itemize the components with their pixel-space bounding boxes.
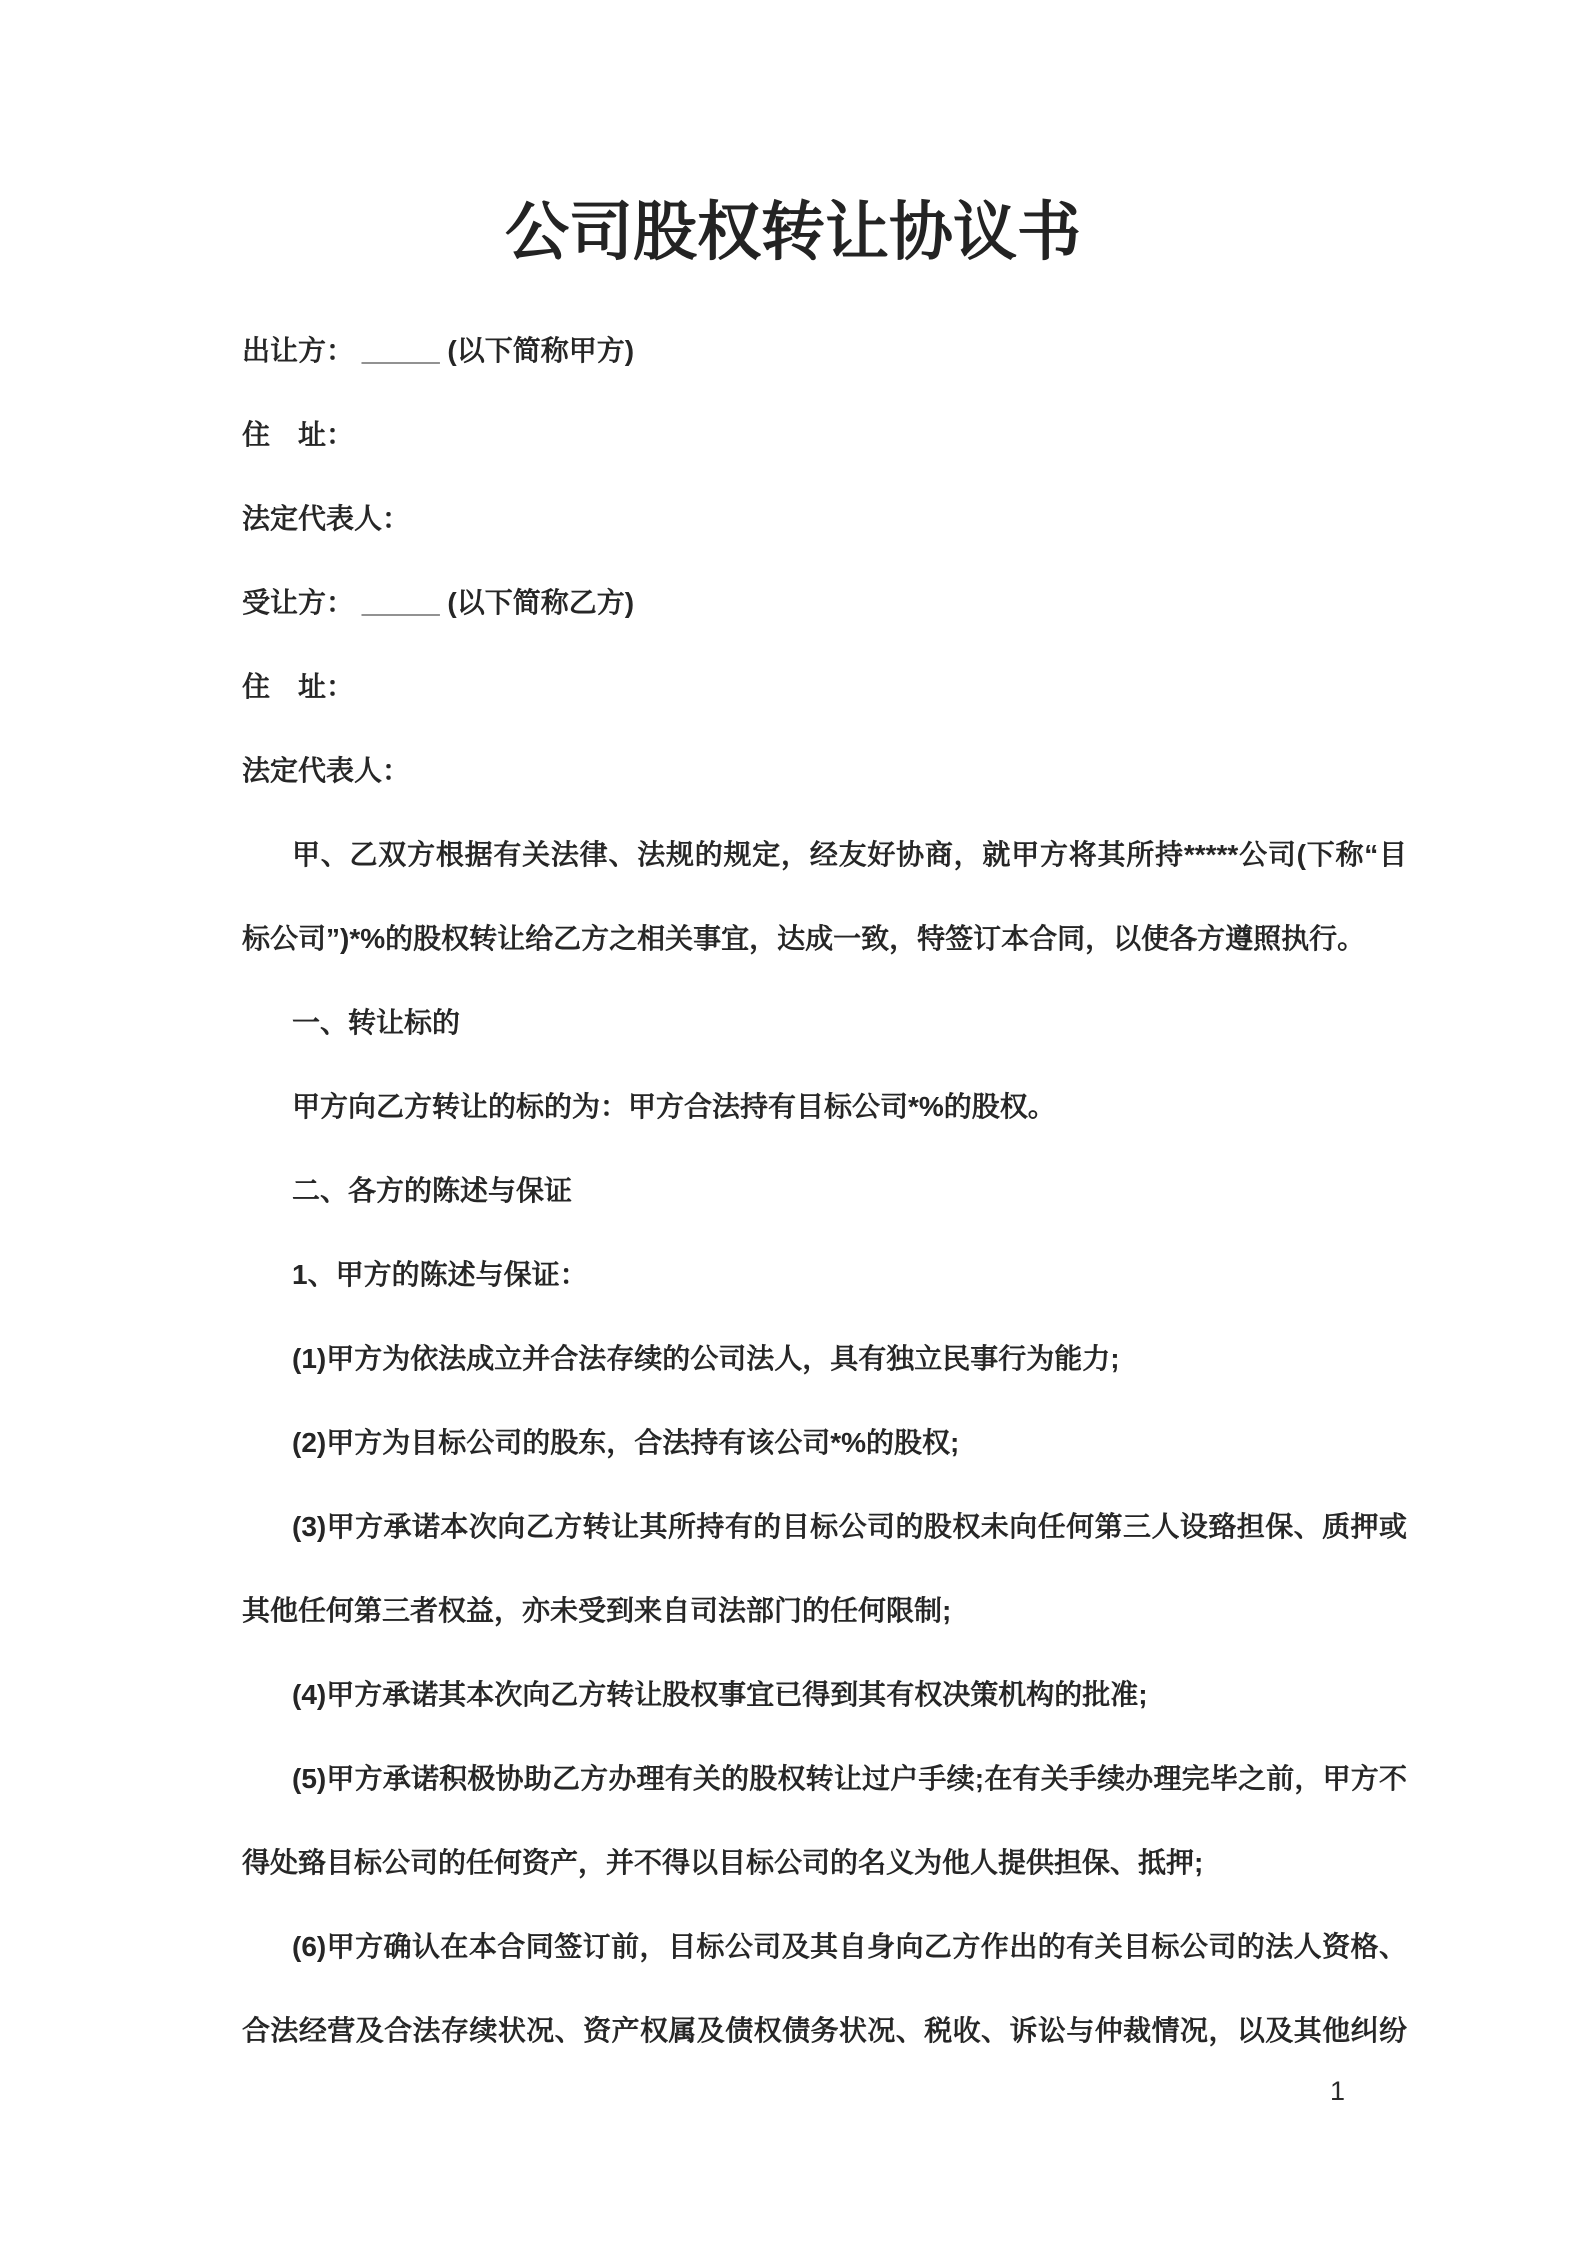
party-a-representations-heading: 1、甲方的陈述与保证： (242, 1233, 1407, 1317)
preamble-line-1: 甲、乙双方根据有关法律、法规的规定，经友好协商，就甲方将其所持*****公司(下… (242, 813, 1407, 897)
document-page: 公司股权转让协议书 出让方： _____ (以下简称甲方) 住 址： 法定代表人… (0, 0, 1586, 2244)
transferee-line: 受让方： _____ (以下简称乙方) (242, 561, 1407, 645)
section-two-heading: 二、各方的陈述与保证 (242, 1149, 1407, 1233)
representation-4: (4)甲方承诺其本次向乙方转让股权事宜已得到其有权决策机构的批准; (242, 1653, 1407, 1737)
clause-transfer-subject: 甲方向乙方转让的标的为：甲方合法持有目标公司*%的股权。 (242, 1065, 1407, 1149)
page-number: 1 (1330, 2076, 1345, 2107)
representation-3-line-2: 其他任何第三者权益，亦未受到来自司法部门的任何限制; (242, 1569, 1407, 1653)
representation-5-line-2: 得处臵目标公司的任何资产，并不得以目标公司的名义为他人提供担保、抵押; (242, 1821, 1407, 1905)
transferor-representative-line: 法定代表人： (242, 477, 1407, 561)
representation-6-line-2: 合法经营及合法存续状况、资产权属及债权债务状况、税收、诉讼与仲裁情况，以及其他纠… (242, 1989, 1407, 2073)
section-one-heading: 一、转让标的 (242, 981, 1407, 1065)
representation-1: (1)甲方为依法成立并合法存续的公司法人，具有独立民事行为能力; (242, 1317, 1407, 1401)
transferor-address-line: 住 址： (242, 393, 1407, 477)
transferor-line: 出让方： _____ (以下简称甲方) (242, 309, 1407, 393)
transferee-address-line: 住 址： (242, 645, 1407, 729)
document-title: 公司股权转让协议书 (0, 196, 1586, 268)
representation-2: (2)甲方为目标公司的股东，合法持有该公司*%的股权; (242, 1401, 1407, 1485)
representation-3-line-1: (3)甲方承诺本次向乙方转让其所持有的目标公司的股权未向任何第三人设臵担保、质押… (242, 1485, 1407, 1569)
document-body: 出让方： _____ (以下简称甲方) 住 址： 法定代表人： 受让方： ___… (242, 309, 1407, 2073)
representation-6-line-1: (6)甲方确认在本合同签订前，目标公司及其自身向乙方作出的有关目标公司的法人资格… (242, 1905, 1407, 1989)
transferee-representative-line: 法定代表人： (242, 729, 1407, 813)
preamble-line-2: 标公司”)*%的股权转让给乙方之相关事宜，达成一致，特签订本合同，以使各方遵照执… (242, 897, 1407, 981)
representation-5-line-1: (5)甲方承诺积极协助乙方办理有关的股权转让过户手续;在有关手续办理完毕之前，甲… (242, 1737, 1407, 1821)
